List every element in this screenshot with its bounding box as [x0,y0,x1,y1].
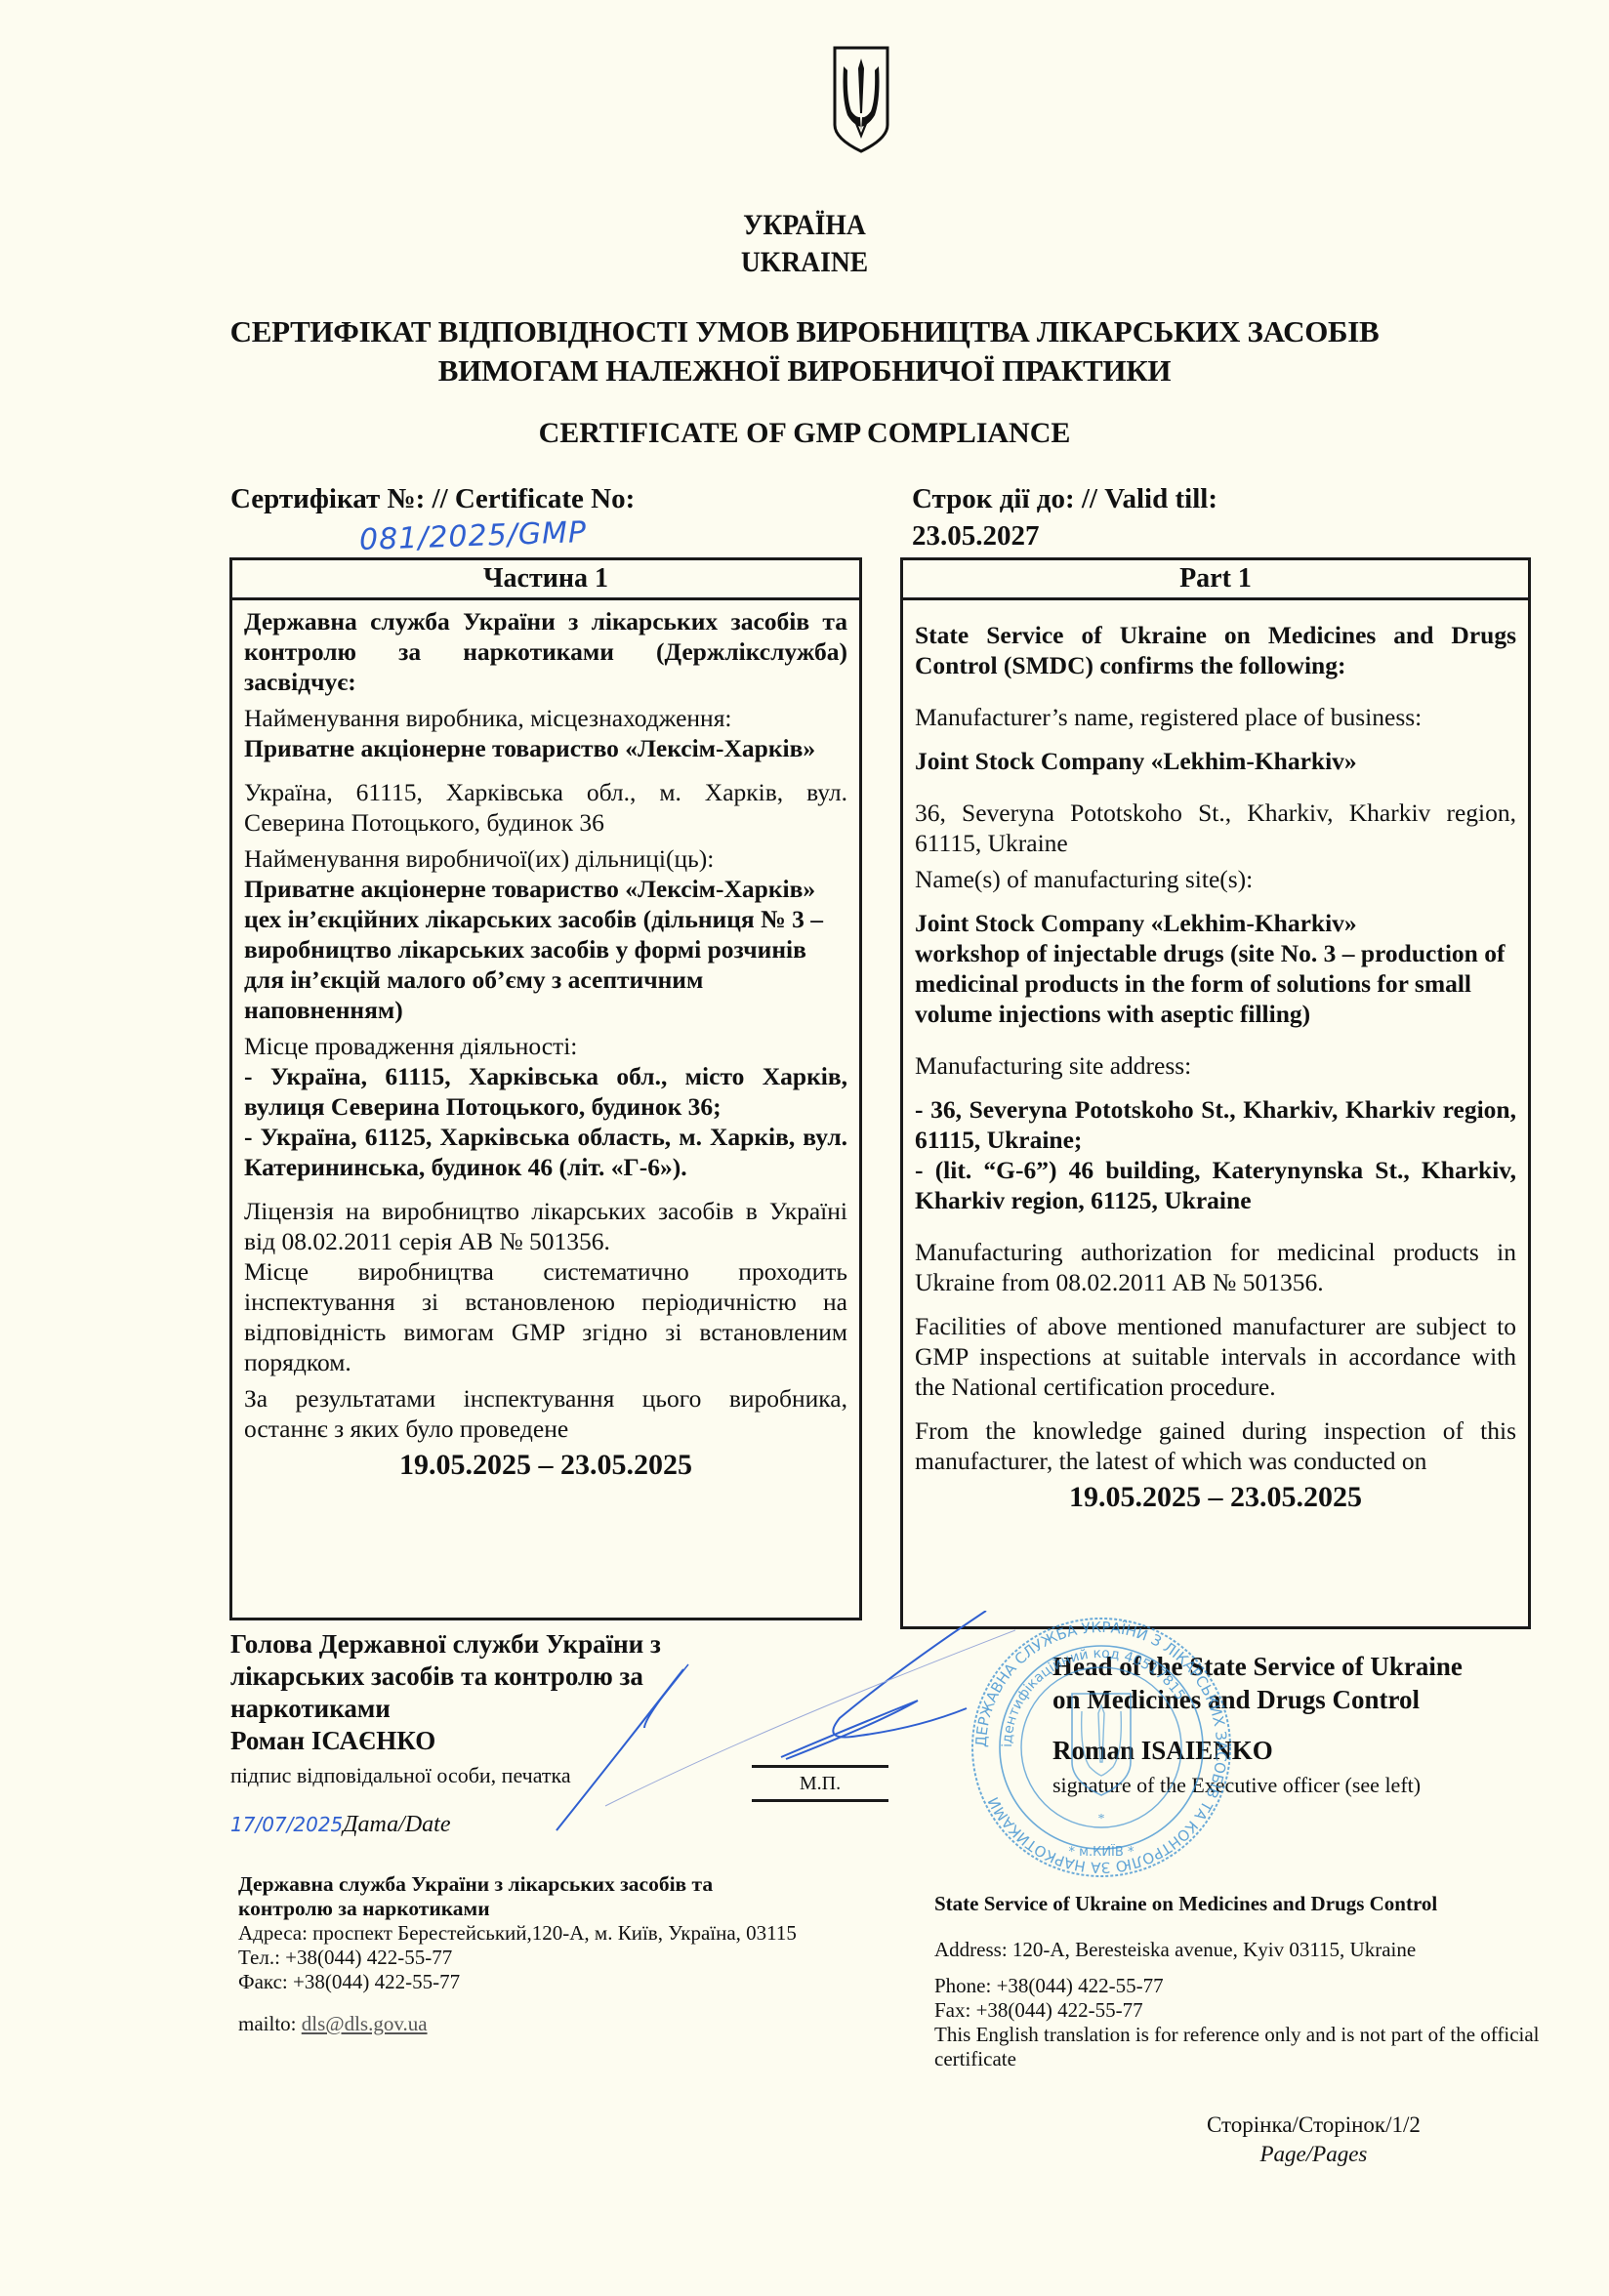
footer-org-uk-2: контролю за наркотиками [238,1897,844,1921]
signatory-en: Head of the State Service of Ukraine on … [1052,1650,1463,1716]
manufacturer-address-uk: Україна, 61115, Харківська обл., м. Харк… [244,777,847,838]
seal-place-label: М.П. [752,1765,888,1802]
stamp-city: * м.КИЇВ * [1069,1844,1135,1860]
footer-mail-label: mailto: [238,2012,297,2035]
activity-address-2-uk: - Україна, 61125, Харківська область, м.… [244,1122,847,1182]
manufacturer-label-uk: Найменування виробника, місцезнаходження… [244,703,847,733]
footer-fax-uk: Факс: +38(044) 422-55-77 [238,1970,844,1994]
footer-disclaimer-en: This English translation is for referenc… [934,2023,1549,2071]
intro-en: State Service of Ukraine on Medicines an… [915,620,1516,680]
site-description-uk: цех ін’єкційних лікарських засобів (діль… [244,904,847,1025]
signing-date-handwritten: 17/07/2025 [230,1813,343,1836]
tryzub-icon [832,45,890,154]
certificate-title-en: CERTIFICATE OF GMP COMPLIANCE [0,416,1609,451]
signatory-title-en-2: on Medicines and Drugs Control [1052,1683,1463,1716]
footer-mail-uk: mailto: dls@dls.gov.ua [238,2012,844,2036]
manufacturer-name-en: Joint Stock Company «Lekhim-Kharkiv» [915,746,1516,776]
page-indicator: Сторінка/Сторінок/1/2 Page/Pages [1207,2111,1421,2169]
title-uk-line1: СЕРТИФІКАТ ВІДПОВІДНОСТІ УМОВ ВИРОБНИЦТВ… [0,312,1609,351]
manufacturer-label-en: Manufacturer’s name, registered place of… [915,702,1516,732]
signature-caption-uk: підпис відповідальної особи, печатка [230,1763,571,1788]
site-label-en: Name(s) of manufacturing site(s): [915,864,1516,894]
country-heading: УКРАЇНА UKRAINE [64,207,1545,281]
site-label-uk: Найменування виробничої(их) дільниці(ць)… [244,843,847,874]
part-en-box: Part 1 State Service of Ukraine on Medic… [900,557,1531,1629]
inspection-note-en: Facilities of above mentioned manufactur… [915,1311,1516,1402]
country-en: UKRAINE [64,244,1545,281]
footer-fax-en: Fax: +38(044) 422-55-77 [934,1998,1549,2023]
part-en-heading: Part 1 [903,560,1528,600]
activity-address-2-en: - (lit. “G-6”) 46 building, Katerynynska… [915,1155,1516,1215]
footer-org-en: State Service of Ukraine on Medicines an… [934,1892,1549,1916]
manufacturer-address-en: 36, Severyna Pototskoho St., Kharkiv, Kh… [915,798,1516,858]
signatory-title-uk-2: лікарських засобів та контролю за [230,1660,661,1693]
results-note-uk: За результатами інспектування цього виро… [244,1383,847,1444]
page-indicator-uk: Сторінка/Сторінок/1/2 [1207,2111,1421,2140]
site-name-en: Joint Stock Company «Lekhim-Kharkiv» [915,908,1516,938]
inspection-dates-uk: 19.05.2025 – 23.05.2025 [244,1450,847,1480]
inspection-note-uk: Місце виробництва систематично проходить… [244,1256,847,1377]
certificate-number: 081/2025/GMP [358,515,587,557]
footer-uk: Державна служба України з лікарських зас… [238,1872,844,2036]
signatory-title-en-1: Head of the State Service of Ukraine [1052,1650,1463,1683]
signing-date-label: Дата/Date [343,1812,450,1837]
signatory-name-en: Roman ISAIENKO [1052,1736,1273,1766]
footer-mail-link[interactable]: dls@dls.gov.ua [302,2012,428,2035]
license-en: Manufacturing authorization for medicina… [915,1237,1516,1297]
certificate-number-label: Сертифікат №: // Certificate No: [230,483,635,515]
signatory-title-uk-3: наркотиками [230,1693,661,1725]
activity-label-uk: Місце провадження діяльності: [244,1031,847,1061]
footer-en: State Service of Ukraine on Medicines an… [934,1892,1549,2071]
valid-till-date: 23.05.2027 [912,520,1040,553]
footer-address-en: Address: 120-A, Beresteiska avenue, Kyiv… [934,1938,1549,1962]
footer-org-uk-1: Державна служба України з лікарських зас… [238,1872,844,1897]
footer-phone-uk: Тел.: +38(044) 422-55-77 [238,1946,844,1970]
signatory-uk: Голова Державної служби України з лікарс… [230,1628,661,1757]
site-name-uk: Приватне акціонерне товариство «Лексім-Х… [244,874,847,904]
activity-label-en: Manufacturing site address: [915,1050,1516,1081]
part-uk-box: Частина 1 Державна служба України з ліка… [229,557,862,1620]
signing-date: 17/07/2025Дата/Date [230,1812,451,1838]
intro-uk: Державна служба України з лікарських зас… [244,606,847,697]
country-uk: УКРАЇНА [64,207,1545,244]
activity-address-1-en: - 36, Severyna Pototskoho St., Kharkiv, … [915,1094,1516,1155]
activity-address-1-uk: - Україна, 61115, Харківська обл., місто… [244,1061,847,1122]
signature-caption-en: signature of the Executive officer (see … [1052,1773,1421,1798]
footer-phone-en: Phone: +38(044) 422-55-77 [934,1974,1549,1998]
results-note-en: From the knowledge gained during inspect… [915,1415,1516,1476]
footer-address-uk: Адреса: проспект Берестейський,120-А, м.… [238,1921,844,1946]
valid-till-label: Строк дії до: // Valid till: [912,483,1217,515]
svg-text:*: * [1098,1812,1105,1826]
signatory-title-uk-1: Голова Державної служби України з [230,1628,661,1660]
manufacturer-name-uk: Приватне акціонерне товариство «Лексім-Х… [244,733,847,763]
site-description-en: workshop of injectable drugs (site No. 3… [915,938,1516,1029]
license-uk: Ліцензія на виробництво лікарських засоб… [244,1196,847,1256]
part-uk-heading: Частина 1 [232,560,859,600]
signatory-name-uk: Роман ІСАЄНКО [230,1725,661,1757]
page-indicator-en: Page/Pages [1207,2140,1421,2169]
inspection-dates-en: 19.05.2025 – 23.05.2025 [915,1482,1516,1512]
certificate-title-uk: СЕРТИФІКАТ ВІДПОВІДНОСТІ УМОВ ВИРОБНИЦТВ… [0,312,1609,390]
title-uk-line2: ВИМОГАМ НАЛЕЖНОЇ ВИРОБНИЧОЇ ПРАКТИКИ [0,351,1609,390]
